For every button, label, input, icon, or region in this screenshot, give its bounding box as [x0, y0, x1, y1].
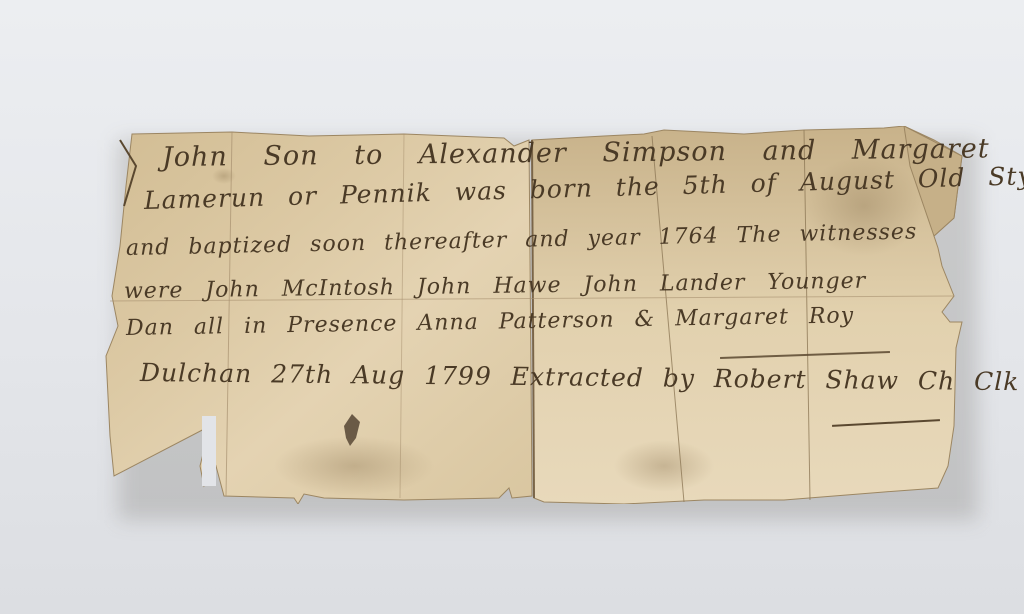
- handwritten-document: John Son to Alexander Simpson and Margar…: [104, 126, 974, 504]
- photo-stage: John Son to Alexander Simpson and Margar…: [0, 0, 1024, 614]
